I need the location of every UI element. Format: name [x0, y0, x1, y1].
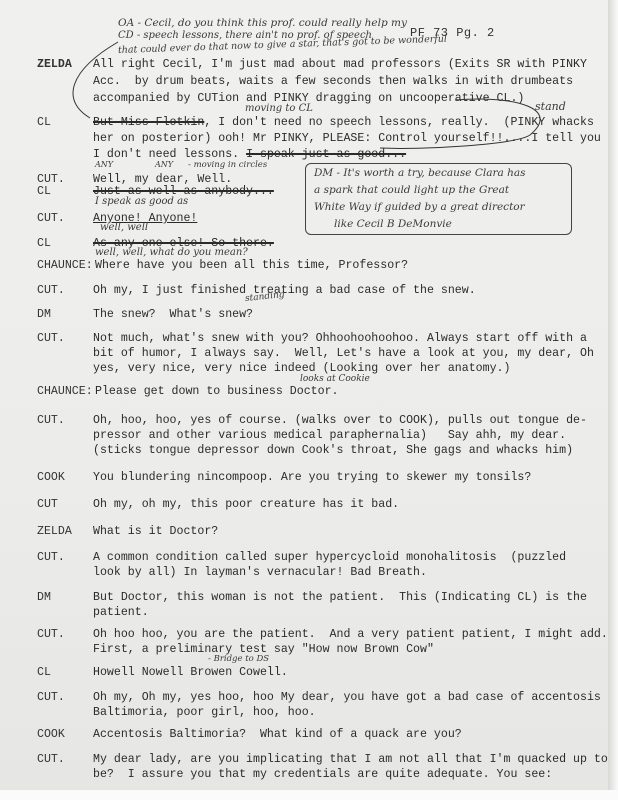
- handwritten-arrows: [0, 0, 618, 800]
